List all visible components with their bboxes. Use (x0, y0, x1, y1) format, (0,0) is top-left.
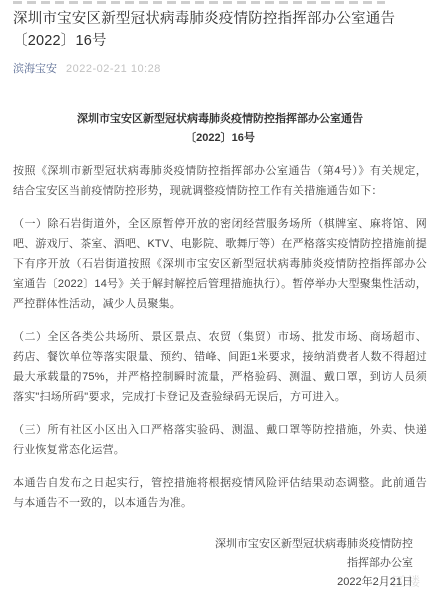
notice-title-line1: 深圳市宝安区新型冠状病毒肺炎疫情防控指挥部办公室通告 (77, 113, 363, 125)
page-title-line2: 〔2022〕16号 (13, 30, 427, 52)
notice-title-line2: 〔2022〕16号 (13, 129, 427, 148)
notice-title: 深圳市宝安区新型冠状病毒肺炎疫情防控指挥部办公室通告 〔2022〕16号 (13, 110, 427, 148)
cropped-text-remnant (13, 1, 385, 4)
page-title-line1: 深圳市宝安区新型冠状病毒肺炎疫情防控指挥部办公室通告 (13, 11, 395, 27)
notice-paragraph-intro: 按照《深圳市新型冠状病毒肺炎疫情防控指挥部办公室通告（第4号）》有关规定，结合宝… (13, 161, 427, 201)
publish-timestamp: 2022-02-21 10:28 (66, 62, 161, 77)
notice-paragraph-closing: 本通告自发布之日起实行，管控措施将根据疫情风险评估结果动态调整。此前通告与本通告… (13, 473, 427, 513)
article-page: 深圳市宝安区新型冠状病毒肺炎疫情防控指挥部办公室通告 〔2022〕16号 滨海宝… (0, 0, 440, 590)
notice-paragraph-item1: （一）除石岩街道外，全区原暂停开放的密闭经营服务场所（棋牌室、麻将馆、网吧、游戏… (13, 214, 427, 314)
author-link[interactable]: 滨海宝安 (13, 62, 57, 77)
signature-block: 深圳市宝安区新型冠状病毒肺炎疫情防控 指挥部办公室 2022年2月21日 (13, 535, 427, 590)
notice-paragraph-item2: （二）全区各类公共场所、景区景点、农贸（集贸）市场、批发市场、商场超市、药店、餐… (13, 327, 427, 407)
page-title: 深圳市宝安区新型冠状病毒肺炎疫情防控指挥部办公室通告 〔2022〕16号 (13, 8, 427, 52)
notice-paragraph-item3: （三）所有社区小区出入口严格落实验码、测温、戴口罩等防控措施，外卖、快递行业恢复… (13, 420, 427, 460)
signature-date: 2022年2月21日 (13, 573, 413, 590)
signature-org-line1: 深圳市宝安区新型冠状病毒肺炎疫情防控 (13, 535, 413, 554)
signature-org-line2: 指挥部办公室 (13, 554, 413, 573)
article-meta: 滨海宝安 2022-02-21 10:28 (13, 62, 427, 77)
